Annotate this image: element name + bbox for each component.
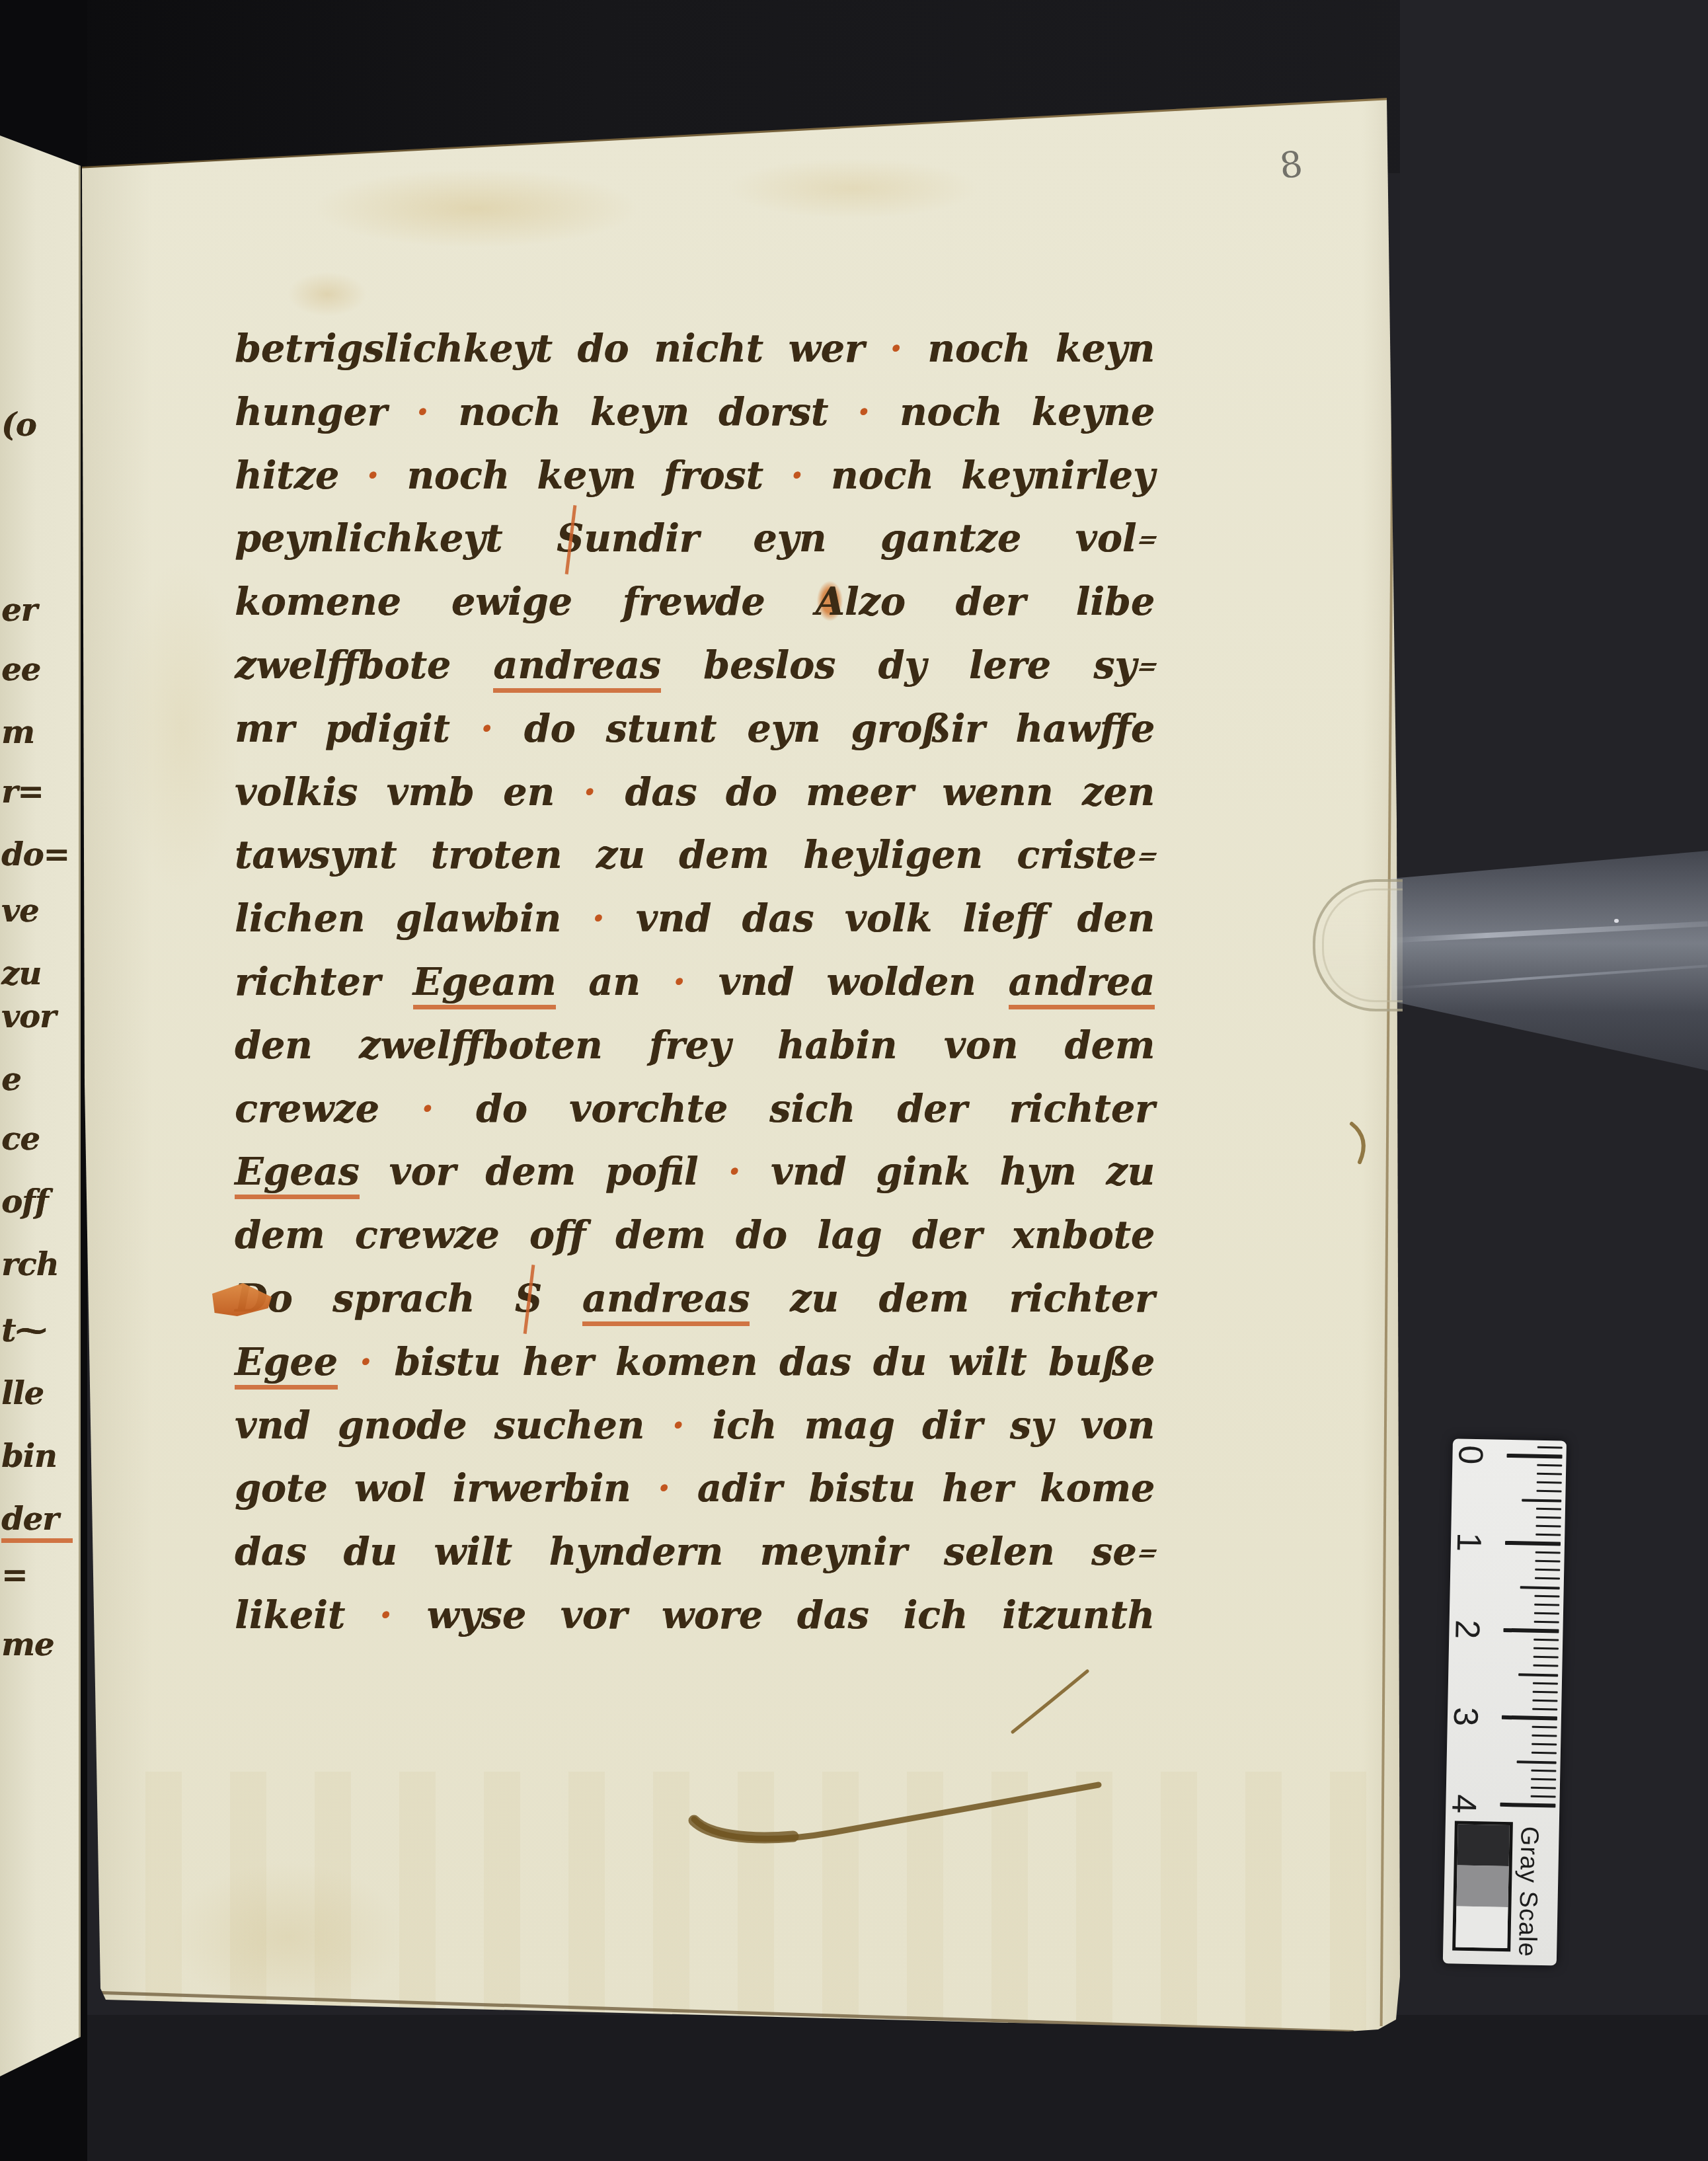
ruler-mm-tick: [1534, 1621, 1559, 1624]
ruler-mm-tick: [1531, 1778, 1556, 1781]
ruler-mm-tick: [1532, 1700, 1557, 1702]
gray-scale-label: Gray Scale: [1512, 1826, 1543, 1957]
ruler-mm-tick: [1535, 1551, 1561, 1553]
paper-stain-streaks: [145, 1772, 1375, 2036]
text-line: tawsynt troten zu dem heyligen criste=: [235, 824, 1155, 887]
text-segment: vnd wolden: [718, 960, 1009, 1004]
text-segment: beslos dy lere sy: [661, 643, 1137, 688]
text-segment: crewze: [235, 1087, 379, 1131]
text-segment: ·: [644, 1403, 713, 1448]
ruler-mm-tick: [1532, 1725, 1557, 1728]
ruler-mm-tick: [1536, 1507, 1561, 1510]
text-segment: komene ewige frewde: [235, 580, 815, 624]
text-segment: peynlichkeyt: [235, 516, 557, 561]
dust-speck: [1614, 919, 1619, 923]
gutter-text-fragment: m: [1, 714, 73, 751]
ruler-half-cm-tick: [1522, 1499, 1561, 1502]
ruler-mm-tick: [1537, 1464, 1562, 1466]
text-segment: hitze: [235, 453, 339, 498]
text-line: vnd gnode suchen · ich mag dir sy von: [235, 1394, 1155, 1458]
text-segment: undir eyn gantze vol: [584, 516, 1136, 561]
text-line: komene ewige frewde Alzo der libe: [235, 570, 1155, 634]
ruler-mm-tick: [1534, 1612, 1559, 1615]
backdrop-bottom: [0, 2015, 1708, 2161]
gray-patch: [1456, 1866, 1508, 1907]
text-segment: gote wol irwerbin: [235, 1466, 631, 1511]
text-segment: ·: [450, 707, 524, 751]
gutter-text-fragment: zu: [1, 955, 73, 992]
ruler-mm-tick: [1537, 1481, 1562, 1484]
ruler-half-cm-tick: [1520, 1586, 1560, 1589]
text-segment: den zwelffboten frey habin von dem: [235, 1023, 1155, 1068]
ruler-number: 2: [1452, 1614, 1487, 1645]
ruler-mm-tick: [1535, 1560, 1560, 1563]
gutter-text-fragment: der: [1, 1501, 73, 1543]
ruler-cm-tick: [1502, 1715, 1557, 1721]
gutter-text-fragment: t⁓: [1, 1312, 73, 1349]
text-segment: ·: [345, 1593, 426, 1637]
gutter-text-fragment: ve: [1, 892, 73, 929]
text-line: gote wol irwerbin · adir bistu her kome: [235, 1457, 1155, 1520]
gutter-text-fragment: er: [1, 592, 73, 629]
ruler-mm-tick: [1535, 1525, 1561, 1528]
text-line: mr pdigit · do stunt eyn großir hawffe: [235, 697, 1155, 761]
text-segment: noch keyn dorst: [458, 390, 828, 434]
text-segment: an: [556, 960, 640, 1004]
gutter-text-fragment: r=: [1, 773, 73, 810]
text-segment: bistu her komen das du wilt buße: [394, 1340, 1155, 1384]
text-line: Egeas vor dem pofil · vnd gink hyn zu: [235, 1140, 1155, 1204]
text-segment: richter: [235, 960, 413, 1004]
gutter-text-fragment: bin: [1, 1438, 73, 1475]
gutter-page-edge: (oereemr=do=vezuvoreceoffrcht⁓llebinder=…: [0, 136, 81, 2079]
text-block: betrigslichkeyt do nicht wer · noch keyn…: [235, 317, 1155, 1647]
rubricated-name: Egeam: [413, 960, 557, 1009]
ruler-mm-tick: [1536, 1516, 1561, 1519]
ruler-mm-tick: [1533, 1665, 1558, 1667]
text-segment: likeit: [235, 1593, 345, 1637]
text-segment: do vorchte sich der richter: [476, 1087, 1155, 1131]
descender-tail-stroke: [1013, 1671, 1087, 1732]
ruler-half-cm-tick: [1517, 1760, 1557, 1764]
ruler: Gray Scale 01234: [1443, 1438, 1567, 1965]
ruler-mm-tick: [1532, 1735, 1557, 1737]
text-segment: noch keyn: [927, 327, 1155, 371]
rubricated-name: andreas: [582, 1277, 750, 1326]
gutter-text-fragment: e: [1, 1061, 73, 1098]
ruler-mm-tick: [1533, 1691, 1558, 1694]
text-segment: [542, 1277, 582, 1321]
text-line: Egee · bistu her komen das du wilt buße: [235, 1331, 1155, 1394]
text-segment: S: [515, 1267, 542, 1331]
text-segment: lichen glawbin: [235, 896, 561, 941]
text-line: betrigslichkeyt do nicht wer · noch keyn: [235, 317, 1155, 381]
ruler-cm-tick: [1500, 1803, 1555, 1808]
text-line: lichen glawbin · vnd das volk lieff den: [235, 887, 1155, 951]
text-segment: ·: [339, 453, 407, 498]
rubricated-name: Egeas: [235, 1150, 360, 1199]
text-segment: ·: [640, 960, 718, 1004]
ruler-mm-tick: [1535, 1577, 1560, 1580]
gutter-text-fragment: ee: [1, 651, 73, 688]
text-segment: ·: [865, 327, 927, 371]
text-line: volkis vmb en · das do meer wenn zen: [235, 761, 1155, 824]
ruler-mm-tick: [1531, 1787, 1556, 1789]
text-segment: ·: [561, 896, 636, 941]
bottom-flourish-stroke: [694, 1785, 1099, 1839]
text-line: richter Egeam an · vnd wolden andrea: [235, 951, 1155, 1014]
ruler-mm-tick: [1537, 1446, 1563, 1449]
text-segment: ·: [699, 1150, 771, 1194]
text-segment: betrigslichkeyt do nicht wer: [235, 327, 865, 371]
text-line: likeit · wyse vor wore das ich itzunth: [235, 1584, 1155, 1647]
gutter-text-fragment: rch: [1, 1246, 73, 1283]
text-segment: dem crewze off dem do lag der xnbote: [235, 1213, 1155, 1257]
ruler-cm-tick: [1503, 1628, 1559, 1633]
text-line: hitze · noch keyn frost · noch keynirley: [235, 444, 1155, 508]
ruler-mm-tick: [1534, 1594, 1559, 1597]
text-segment: do stunt eyn großir hawffe: [524, 707, 1155, 751]
text-segment: Do sprach: [235, 1277, 515, 1321]
text-line: dem crewze off dem do lag der xnbote: [235, 1204, 1155, 1267]
gutter-text-fragment: lle: [1, 1375, 73, 1412]
text-segment: vor dem pofil: [360, 1150, 699, 1194]
text-line: das du wilt hyndern meynir selen se=: [235, 1520, 1155, 1584]
margin-hook-stroke: [1352, 1124, 1364, 1162]
ruler-number: 3: [1451, 1701, 1486, 1732]
text-segment: vnd gink hyn zu: [771, 1150, 1155, 1194]
ruler-mm-tick: [1531, 1795, 1556, 1798]
bottom-flourish-thick: [694, 1821, 793, 1838]
ruler-number: 4: [1449, 1788, 1484, 1819]
rubricated-name: Egee: [235, 1340, 338, 1390]
text-segment: ·: [338, 1340, 394, 1384]
ruler-mm-tick: [1533, 1647, 1559, 1650]
text-line: peynlichkeyt Sundir eyn gantze vol=: [235, 507, 1155, 570]
text-segment: ·: [763, 453, 831, 498]
ruler-mm-tick: [1532, 1708, 1557, 1711]
text-segment: das do meer wenn zen: [625, 770, 1155, 814]
ruler-mm-tick: [1532, 1743, 1557, 1746]
text-segment: vnd das volk lieff den: [636, 896, 1155, 941]
text-segment: noch keyne: [900, 390, 1155, 434]
text-segment: tawsynt troten zu dem heyligen criste: [235, 833, 1136, 877]
ruler-cm-tick: [1506, 1454, 1562, 1459]
ruler-mm-tick: [1533, 1638, 1559, 1641]
text-segment: ich mag dir sy von: [712, 1403, 1155, 1448]
text-segment: ·: [379, 1087, 476, 1131]
text-segment: zu dem richter: [750, 1277, 1155, 1321]
gutter-text-fragment: ce: [1, 1120, 73, 1158]
ruler-half-cm-tick: [1518, 1673, 1558, 1676]
text-segment: adir bistu her kome: [697, 1466, 1155, 1511]
gutter-text-fragment: =: [1, 1557, 73, 1594]
manuscript-page: 8 betrigslichkeyt do nicht wer · noch ke…: [66, 93, 1408, 2039]
text-segment: wyse vor wore das ich itzunth: [426, 1593, 1155, 1637]
text-line: crewze · do vorchte sich der richter: [235, 1078, 1155, 1141]
ruler-mm-tick: [1533, 1682, 1558, 1684]
text-segment: zwelffbote: [235, 643, 493, 688]
text-line: Do sprach S andreas zu dem richter: [235, 1267, 1155, 1331]
ruler-mm-tick: [1535, 1569, 1560, 1571]
text-segment: ·: [387, 390, 458, 434]
ruler-mm-tick: [1534, 1604, 1559, 1606]
text-segment: volkis vmb en: [235, 770, 555, 814]
text-segment: vnd gnode suchen: [235, 1403, 644, 1448]
gutter-text-fragment: off: [1, 1183, 73, 1220]
ruler-mm-tick: [1536, 1490, 1561, 1493]
ruler-number: 0: [1456, 1439, 1491, 1470]
text-segment: mr pdigit: [235, 707, 450, 751]
page-right-edge: [1380, 99, 1396, 2026]
text-segment: A: [815, 580, 844, 624]
text-segment: lzo der libe: [845, 580, 1155, 624]
gray-patch: [1456, 1906, 1508, 1948]
text-segment: ·: [555, 770, 625, 814]
gutter-text-fragment: do=: [1, 836, 73, 873]
ruler-mm-tick: [1533, 1656, 1559, 1659]
text-segment: noch keyn frost: [407, 453, 763, 498]
ruler-cm-tick: [1505, 1541, 1561, 1546]
ruler-mm-tick: [1532, 1752, 1557, 1754]
text-segment: noch keynirley: [831, 453, 1155, 498]
rubricated-name: andreas: [493, 643, 661, 693]
text-segment: hunger: [235, 390, 387, 434]
page-number: 8: [1277, 143, 1305, 187]
ruler-mm-tick: [1535, 1534, 1561, 1536]
text-line: hunger · noch keyn dorst · noch keyne: [235, 381, 1155, 444]
gray-patch: [1457, 1825, 1510, 1866]
ruler-mm-tick: [1537, 1473, 1562, 1475]
rubricated-name: andrea: [1009, 960, 1155, 1009]
gutter-text-fragment: me: [1, 1626, 73, 1663]
text-segment: S: [557, 507, 584, 570]
text-line: den zwelffboten frey habin von dem: [235, 1014, 1155, 1078]
text-segment: das du wilt hyndern meynir selen se: [235, 1530, 1136, 1574]
gray-scale-patches: [1452, 1821, 1513, 1952]
gutter-text-fragment: (o: [1, 407, 73, 444]
gutter-text-fragment: vor: [1, 998, 73, 1035]
text-line: zwelffbote andreas beslos dy lere sy=: [235, 634, 1155, 697]
text-segment: ·: [828, 390, 900, 434]
text-segment: ·: [631, 1466, 697, 1511]
ruler-mm-tick: [1531, 1769, 1556, 1772]
ruler-number: 1: [1454, 1526, 1489, 1557]
gutter-fold-line: [79, 136, 81, 2079]
